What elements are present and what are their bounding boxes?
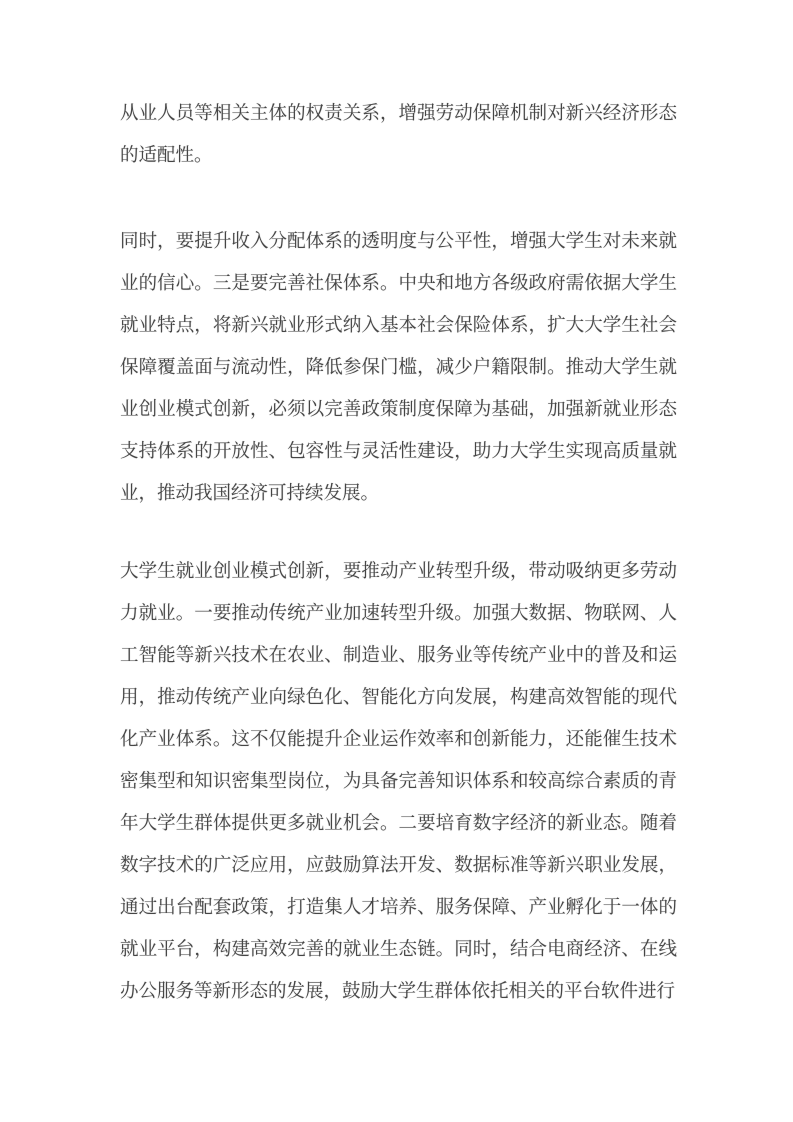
paragraph: 大学生就业创业模式创新，要推动产业转型升级，带动吸纳更多劳动力就业。一要推动传统… — [120, 551, 677, 1013]
paragraph: 同时，要提升收入分配体系的透明度与公平性，增强大学生对未来就业的信心。三是要完善… — [120, 221, 677, 515]
document-page: 从业人员等相关主体的权责关系，增强劳动保障机制对新兴经济形态的适配性。 同时，要… — [0, 0, 793, 1122]
paragraph: 从业人员等相关主体的权责关系，增强劳动保障机制对新兴经济形态的适配性。 — [120, 93, 677, 177]
document-text: 从业人员等相关主体的权责关系，增强劳动保障机制对新兴经济形态的适配性。 同时，要… — [120, 93, 677, 1013]
scanned-document-screenshot: { "style": { "background_color": "#fffff… — [0, 0, 793, 1122]
